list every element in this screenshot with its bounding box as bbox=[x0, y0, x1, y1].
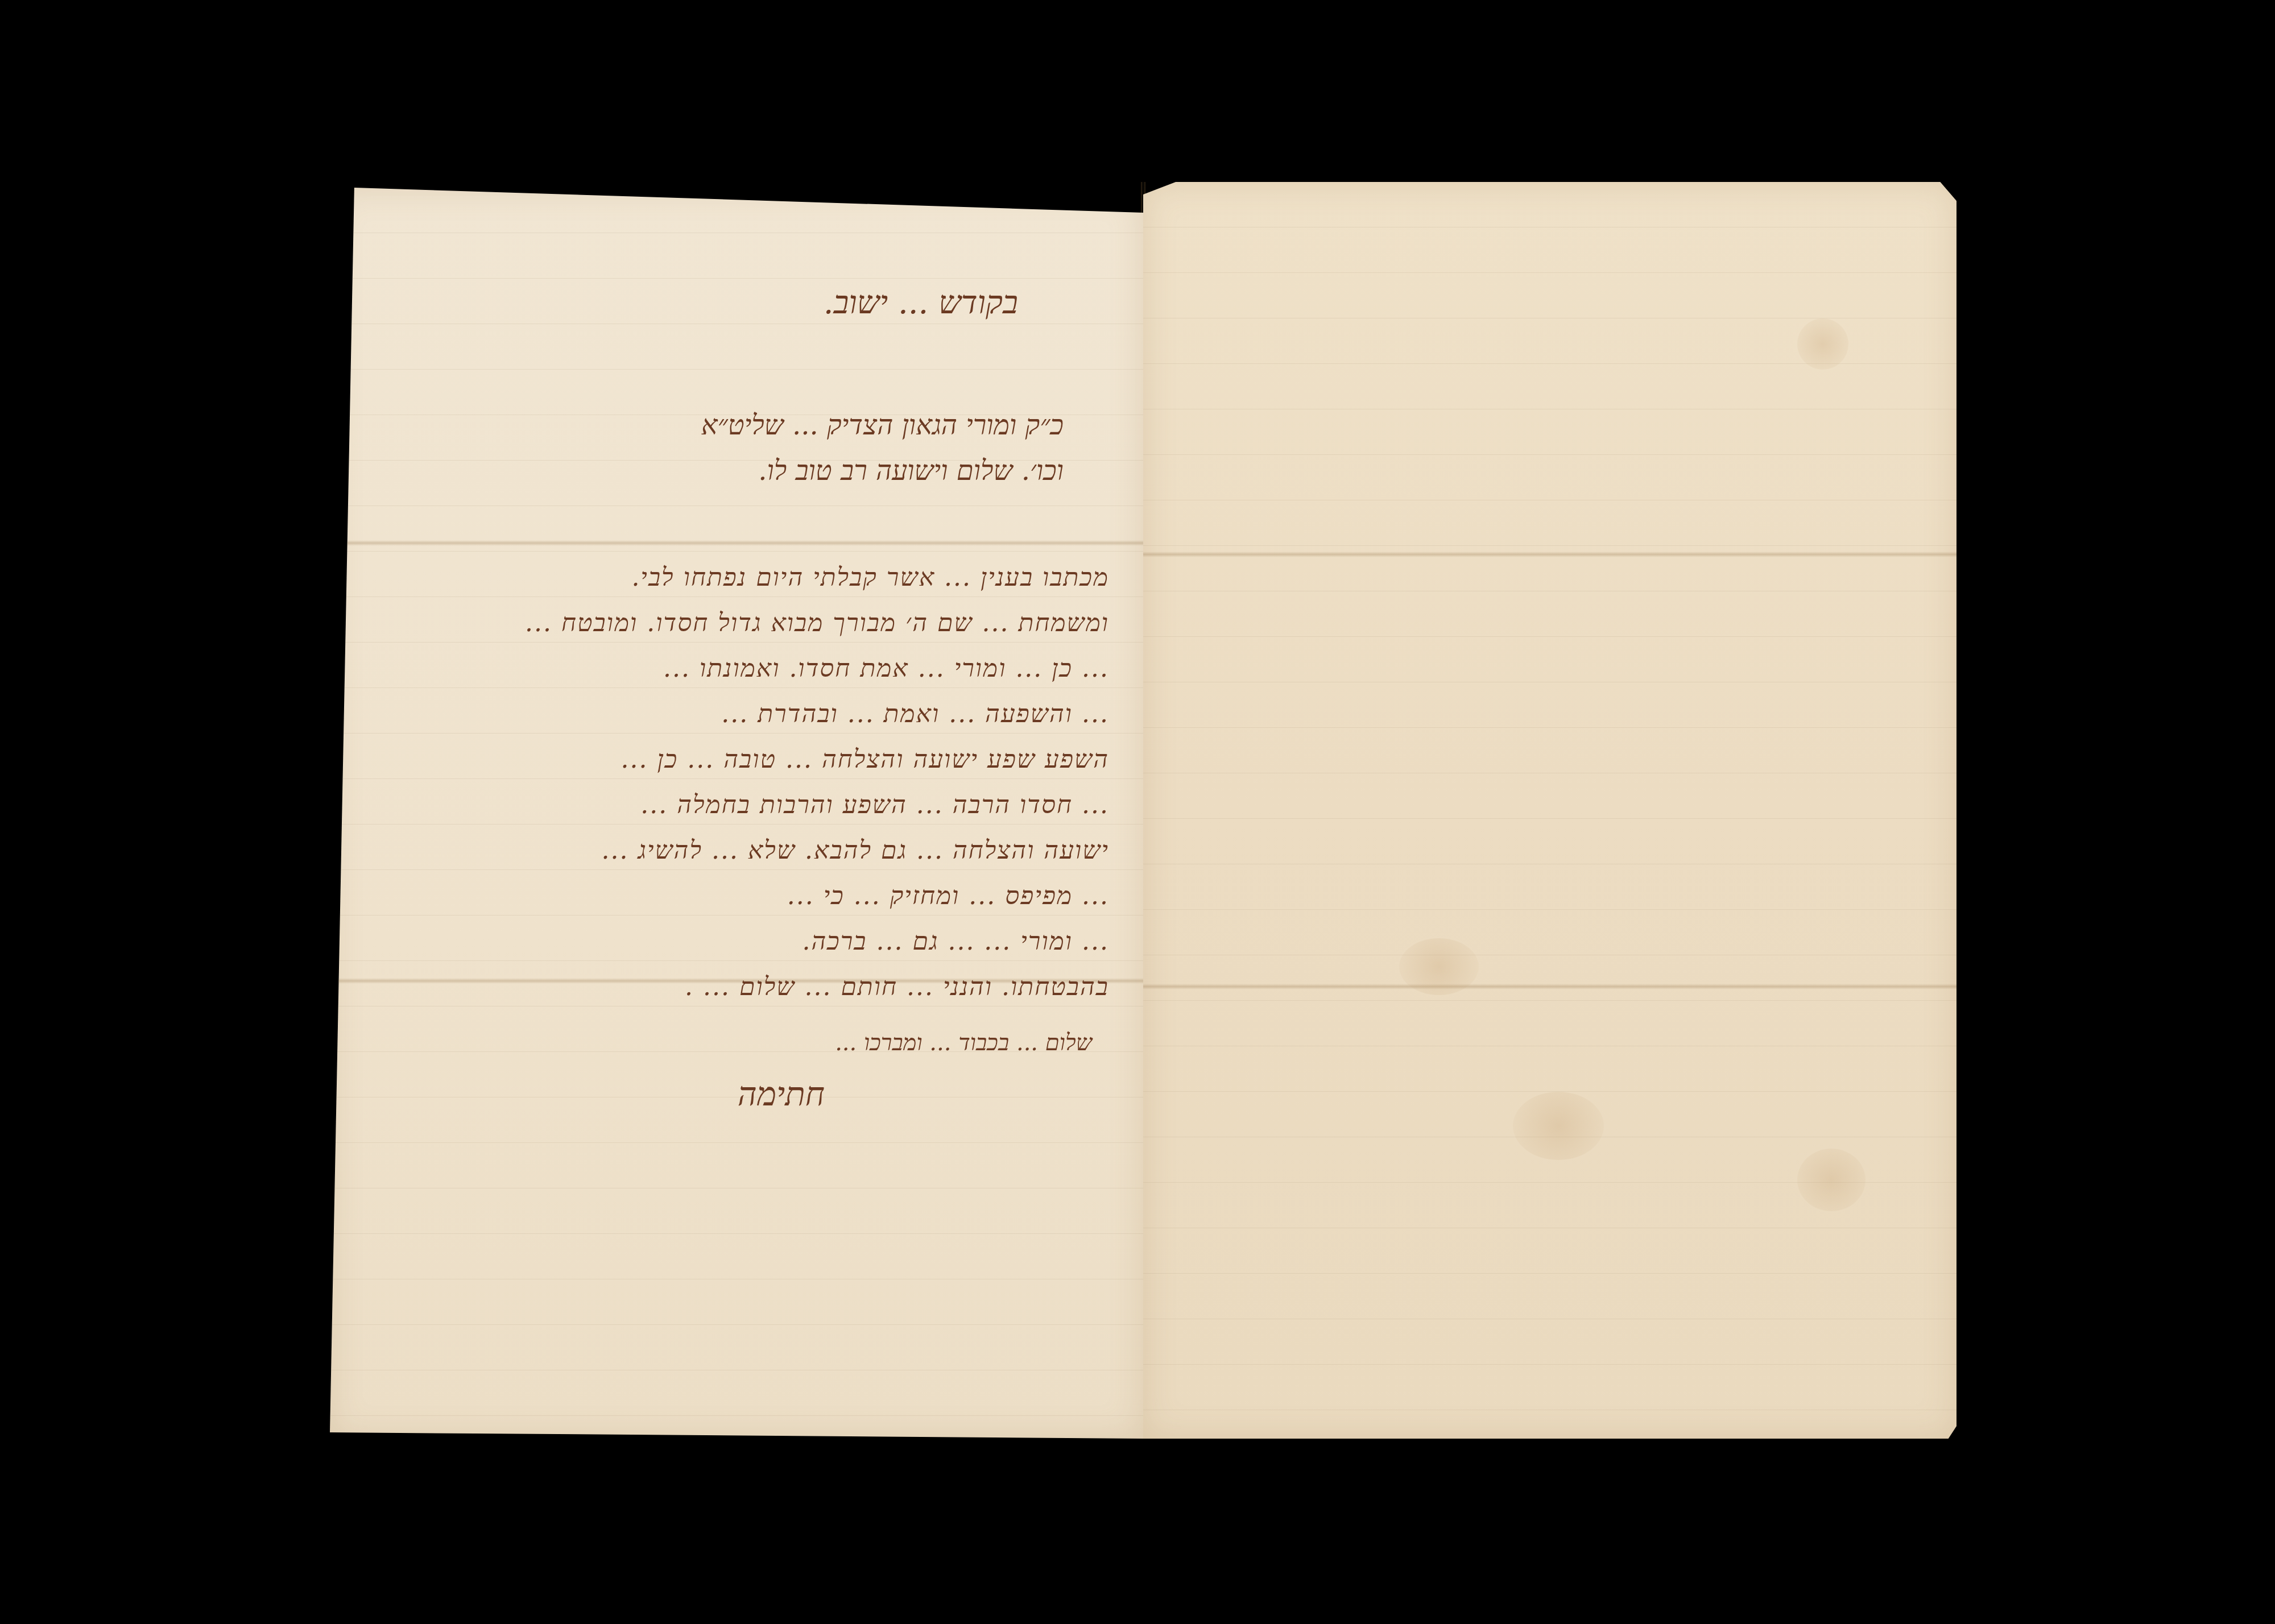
salutation-line: כ״ק ומורי הגאון הצדיק ... שליט״א bbox=[701, 409, 1064, 441]
body-line: ... חסדו הרבה ... השפע והרבות בחמלה ... bbox=[640, 790, 1109, 819]
letter-page-left: בקודש ... ישוב. כ״ק ומורי הגאון הצדיק ..… bbox=[330, 188, 1143, 1439]
paper-stain bbox=[1399, 938, 1479, 995]
body-line: ... ומורי ... ... גם ... ברכה. bbox=[802, 927, 1109, 956]
body-line: ... מפיפס ... ומחזיק ... כי ... bbox=[787, 881, 1109, 910]
body-line: בהבטחתו. והנני ... חותם ... שלום ... . bbox=[685, 972, 1109, 1001]
letter-page-right bbox=[1143, 182, 1956, 1439]
signature: חתימה bbox=[738, 1075, 825, 1113]
paper-stain bbox=[1797, 1149, 1865, 1211]
body-line: ... והשפעה ... ואמת ... ובהדרת ... bbox=[721, 699, 1109, 728]
paper-stain bbox=[1513, 1092, 1604, 1160]
closing-line: שלום ... בכבוד ... ומברכו ... bbox=[835, 1029, 1092, 1056]
body-line: ... כן ... ומורי ... אמת חסדו. ואמונתו .… bbox=[663, 654, 1109, 683]
fold-crease bbox=[1143, 552, 1956, 557]
ruled-lines bbox=[1143, 182, 1956, 1439]
salutation-line: וכו׳. שלום וישועה רב טוב לו. bbox=[758, 455, 1064, 487]
paper-stain bbox=[1797, 318, 1848, 370]
letter-header: בקודש ... ישוב. bbox=[824, 284, 1018, 321]
fold-crease bbox=[1143, 984, 1956, 989]
body-line: ישועה והצלחה ... גם להבא. שלא ... להשיג … bbox=[601, 836, 1109, 865]
body-line: ומשמחת ... שם ה׳ מבורך מבוא גדול חסדו. ו… bbox=[525, 608, 1109, 637]
body-line: מכתבו בענין ... אשר קבלתי היום נפתחו לבי… bbox=[631, 563, 1109, 592]
fold-crease bbox=[330, 540, 1143, 546]
body-line: השפע שפע ישועה והצלחה ... טובה ... כן ..… bbox=[621, 745, 1109, 774]
